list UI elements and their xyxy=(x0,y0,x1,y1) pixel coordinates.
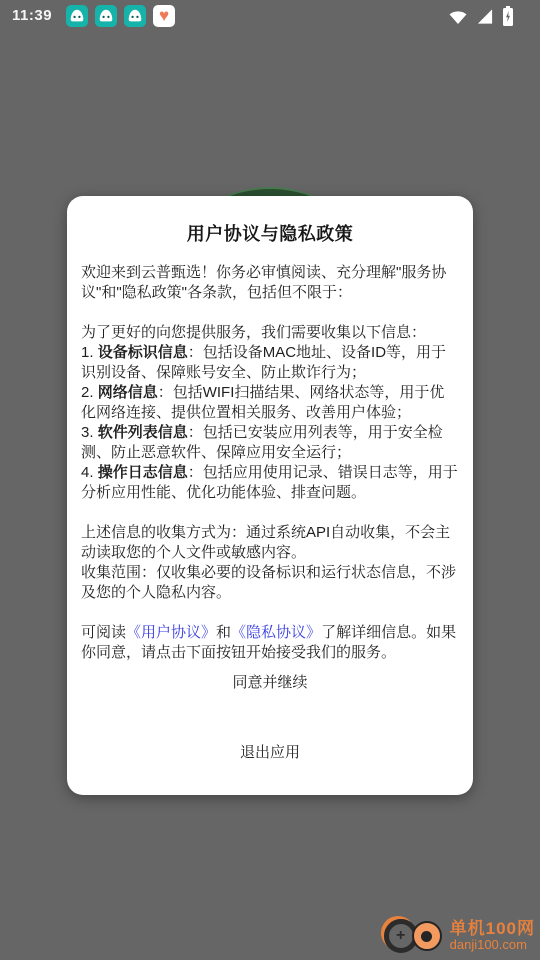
user-agreement-link[interactable]: 《用户协议》 xyxy=(126,624,216,641)
agree-continue-button[interactable]: 同意并继续 xyxy=(67,672,473,694)
clock: 11:39 xyxy=(12,7,52,24)
notification-icons: ♥ xyxy=(66,5,175,27)
item-number: 3. xyxy=(81,424,98,441)
item-number: 1. xyxy=(81,344,98,361)
links-middle-text: 和 xyxy=(216,624,231,641)
heart-hands-app-icon: ♥ xyxy=(153,5,175,27)
danji100-logo-icon: + xyxy=(380,915,444,957)
battery-charging-icon xyxy=(502,6,514,26)
collection-paragraph: 为了更好的向您提供服务，我们需要收集以下信息： 1. 设备标识信息：包括设备MA… xyxy=(81,323,459,503)
intro-paragraph: 欢迎来到云普甄选！你务必审慎阅读、充分理解"服务协议"和"隐私政策"各条款，包括… xyxy=(81,263,459,303)
dialog-title: 用户协议与隐私政策 xyxy=(81,220,459,246)
android-app-icon xyxy=(95,5,117,27)
item-term: 设备标识信息 xyxy=(98,344,188,361)
android-app-icon xyxy=(124,5,146,27)
links-before-text: 可阅读 xyxy=(81,624,126,641)
permission-item: 1. 设备标识信息：包括设备MAC地址、设备ID等，用于识别设备、保障账号安全、… xyxy=(81,343,459,383)
watermark-site-url: danji100.com xyxy=(450,938,535,952)
exit-app-button[interactable]: 退出应用 xyxy=(67,742,473,764)
privacy-agreement-link[interactable]: 《隐私协议》 xyxy=(231,624,321,641)
permission-item: 4. 操作日志信息：包括应用使用记录、错误日志等，用于分析应用性能、优化功能体验… xyxy=(81,463,459,503)
collect-intro-line: 为了更好的向您提供服务，我们需要收集以下信息： xyxy=(81,323,459,343)
watermark-site-name: 单机100网 xyxy=(450,920,535,939)
item-term: 软件列表信息 xyxy=(98,424,188,441)
permission-item: 2. 网络信息：包括WIFI扫描结果、网络状态等，用于优化网络连接、提供位置相关… xyxy=(81,383,459,423)
item-term: 操作日志信息 xyxy=(98,464,188,481)
signal-icon xyxy=(476,8,494,25)
item-term: 网络信息 xyxy=(98,384,158,401)
item-number: 4. xyxy=(81,464,98,481)
dialog-body: 欢迎来到云普甄选！你务必审慎阅读、充分理解"服务协议"和"隐私政策"各条款，包括… xyxy=(81,263,459,663)
links-paragraph: 可阅读《用户协议》和《隐私协议》了解详细信息。如果你同意，请点击下面按钮开始接受… xyxy=(81,623,459,663)
status-indicators xyxy=(448,6,514,26)
android-app-icon xyxy=(66,5,88,27)
site-watermark: + 单机100网 danji100.com xyxy=(380,915,535,957)
permission-item: 3. 软件列表信息：包括已安装应用列表等，用于安全检测、防止恶意软件、保障应用安… xyxy=(81,423,459,463)
wifi-icon xyxy=(448,8,468,25)
collection-method-paragraph: 上述信息的收集方式为：通过系统API自动收集，不会主动读取您的个人文件或敏感内容… xyxy=(81,523,459,603)
logo-orange-circle xyxy=(412,921,442,951)
watermark-text: 单机100网 danji100.com xyxy=(450,920,535,953)
method-line: 上述信息的收集方式为：通过系统API自动收集，不会主动读取您的个人文件或敏感内容… xyxy=(81,523,459,563)
privacy-policy-dialog: 用户协议与隐私政策 欢迎来到云普甄选！你务必审慎阅读、充分理解"服务协议"和"隐… xyxy=(67,196,473,795)
status-bar: 11:39 ♥ xyxy=(0,0,540,32)
scope-line: 收集范围：仅收集必要的设备标识和运行状态信息，不涉及您的个人隐私内容。 xyxy=(81,563,459,603)
item-number: 2. xyxy=(81,384,98,401)
